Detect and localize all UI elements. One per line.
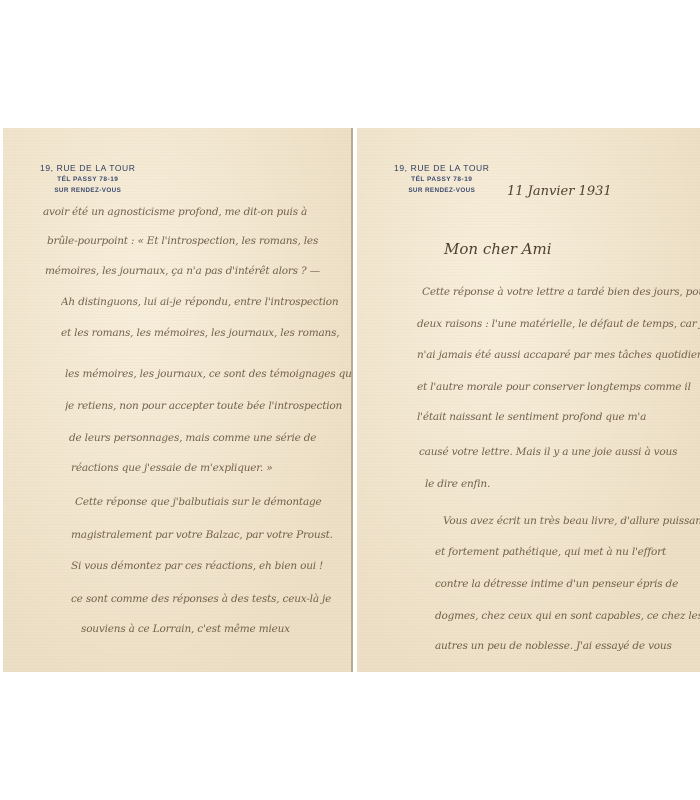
- handwritten-line: et les romans, les mémoires, les journau…: [61, 327, 351, 339]
- handwritten-line: Cette réponse que j'balbutiais sur le dé…: [75, 496, 351, 508]
- letterhead: 19, RUE DE LA TOUR TÉL PASSY 78-19 SUR R…: [394, 164, 490, 194]
- letterhead-street: 19, RUE DE LA TOUR: [394, 164, 490, 173]
- handwritten-line: l'était naissant le sentiment profond qu…: [417, 411, 700, 423]
- letterhead-telephone: TÉL PASSY 78-19: [40, 177, 136, 184]
- letterhead-street: 19, RUE DE LA TOUR: [40, 164, 136, 173]
- letter-salutation: Mon cher Ami: [444, 240, 552, 258]
- handwritten-line: les mémoires, les journaux, ce sont des …: [65, 368, 351, 380]
- handwritten-line: réactions que j'essaie de m'expliquer. »: [71, 462, 351, 474]
- letter-page-left: 19, RUE DE LA TOUR TÉL PASSY 78-19 SUR R…: [3, 128, 353, 672]
- handwritten-line: dogmes, chez ceux qui en sont capables, …: [435, 610, 700, 622]
- handwritten-line: causé votre lettre. Mais il y a une joie…: [419, 446, 700, 458]
- handwritten-line: deux raisons : l'une matérielle, le défa…: [417, 318, 700, 330]
- handwritten-line: brûle-pourpoint : « Et l'introspection, …: [47, 235, 351, 247]
- letterhead: 19, RUE DE LA TOUR TÉL PASSY 78-19 SUR R…: [40, 164, 136, 194]
- handwritten-line: et fortement pathétique, qui met à nu l'…: [435, 546, 700, 558]
- letterhead-telephone: TÉL PASSY 78-19: [394, 177, 490, 184]
- handwritten-line: Si vous démontez par ces réactions, eh b…: [71, 560, 351, 572]
- handwritten-line: contre la détresse intime d'un penseur é…: [435, 578, 700, 590]
- handwritten-line: souviens à ce Lorrain, c'est même mieux: [81, 623, 351, 635]
- handwritten-line: et l'autre morale pour conserver longtem…: [417, 381, 700, 393]
- handwritten-line: magistralement par votre Balzac, par vot…: [71, 529, 351, 541]
- handwritten-line: n'ai jamais été aussi accaparé par mes t…: [417, 349, 700, 361]
- handwritten-line: ce sont comme des réponses à des tests, …: [71, 593, 351, 605]
- handwritten-line: mémoires, les journaux, ça n'a pas d'int…: [45, 265, 351, 277]
- handwritten-line: je retiens, non pour accepter toute bée …: [65, 400, 351, 412]
- handwritten-line: Vous avez écrit un très beau livre, d'al…: [443, 515, 700, 527]
- letter-date: 11 Janvier 1931: [507, 184, 612, 199]
- handwritten-line: Cette réponse à votre lettre a tardé bie…: [422, 286, 700, 298]
- letter-page-right: 19, RUE DE LA TOUR TÉL PASSY 78-19 SUR R…: [357, 128, 700, 672]
- handwritten-line: avoir été un agnosticisme profond, me di…: [43, 206, 351, 218]
- handwritten-line: de leurs personnages, mais comme une sér…: [69, 432, 351, 444]
- letterhead-appointment: SUR RENDEZ-VOUS: [40, 188, 136, 194]
- letterhead-appointment: SUR RENDEZ-VOUS: [394, 188, 490, 194]
- handwritten-line: Ah distinguons, lui ai-je répondu, entre…: [61, 296, 351, 308]
- handwritten-line: autres un peu de noblesse. J'ai essayé d…: [435, 640, 700, 652]
- handwritten-line: le dire enfin.: [425, 478, 700, 490]
